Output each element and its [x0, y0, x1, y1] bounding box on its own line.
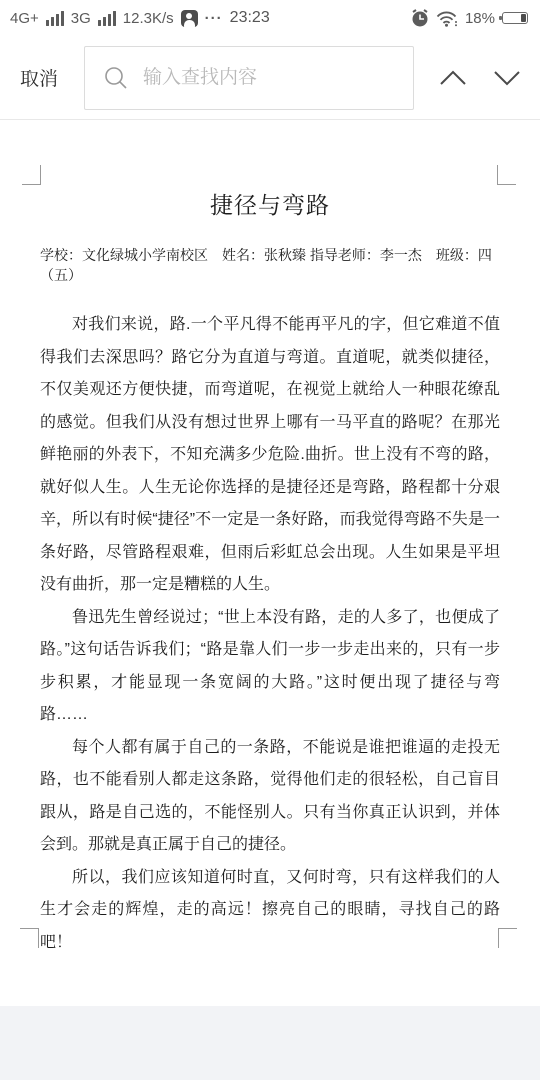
- essay-title: 捷径与弯路: [0, 120, 540, 220]
- find-previous-button[interactable]: [438, 69, 468, 87]
- status-time: 23:23: [230, 9, 270, 27]
- network-type-4g-label: 4G+: [10, 10, 39, 27]
- essay-paragraph-1: 对我们来说，路.一个平凡得不能再平凡的字，但它难道不值得我们去深思吗？路它分为直…: [40, 309, 500, 602]
- essay-paragraph-2: 鲁迅先生曾经说过；“世上本没有路，走的人多了，也便成了路。”这句话告诉我们；“路…: [40, 602, 500, 732]
- search-box[interactable]: [84, 46, 414, 110]
- alarm-clock-icon: [411, 9, 429, 27]
- network-type-3g-label: 3G: [71, 10, 91, 27]
- find-toolbar: 取消: [0, 36, 540, 120]
- text-boundary-mark-top-right: [497, 165, 516, 185]
- battery-icon: [502, 12, 528, 24]
- signal-strength-icon-1: [46, 11, 64, 26]
- text-boundary-mark-top-left: [22, 165, 41, 185]
- find-next-button[interactable]: [492, 69, 522, 87]
- essay-paragraph-3: 每个人都有属于自己的一条路，不能说是谁把谁逼的走投无路，也不能看别人都走这条路，…: [40, 732, 500, 862]
- chevron-up-icon: [438, 69, 468, 87]
- essay-byline: 学校：文化绿城小学南校区 姓名：张秋臻 指导老师：李一杰 班级：四 （五）: [40, 245, 500, 285]
- search-icon: [103, 65, 129, 91]
- cancel-button[interactable]: 取消: [20, 64, 58, 91]
- status-bar: 4G+ 3G 12.3K/s ··· 23:23 18%: [0, 0, 540, 36]
- byline-line-1: 学校：文化绿城小学南校区 姓名：张秋臻 指导老师：李一杰 班级：四: [40, 245, 500, 265]
- essay-body: 对我们来说，路.一个平凡得不能再平凡的字，但它难道不值得我们去深思吗？路它分为直…: [40, 309, 500, 959]
- notification-app-icon: [181, 10, 198, 27]
- search-input[interactable]: [143, 67, 399, 89]
- wifi-icon: [436, 10, 458, 27]
- signal-strength-icon-2: [98, 11, 116, 26]
- document-page[interactable]: 捷径与弯路 学校：文化绿城小学南校区 姓名：张秋臻 指导老师：李一杰 班级：四 …: [0, 120, 540, 1006]
- more-notifications-icon: ···: [205, 10, 223, 27]
- network-speed-label: 12.3K/s: [123, 10, 174, 27]
- text-boundary-mark-bottom-right: [498, 928, 517, 948]
- text-boundary-mark-bottom-left: [20, 928, 39, 948]
- essay-paragraph-4: 所以，我们应该知道何时直，又何时弯，只有这样我们的人生才会走的辉煌，走的高远！擦…: [40, 862, 500, 960]
- battery-percent-label: 18%: [465, 10, 495, 27]
- byline-line-2: （五）: [40, 265, 500, 285]
- page-gutter: [0, 1006, 540, 1080]
- chevron-down-icon: [492, 69, 522, 87]
